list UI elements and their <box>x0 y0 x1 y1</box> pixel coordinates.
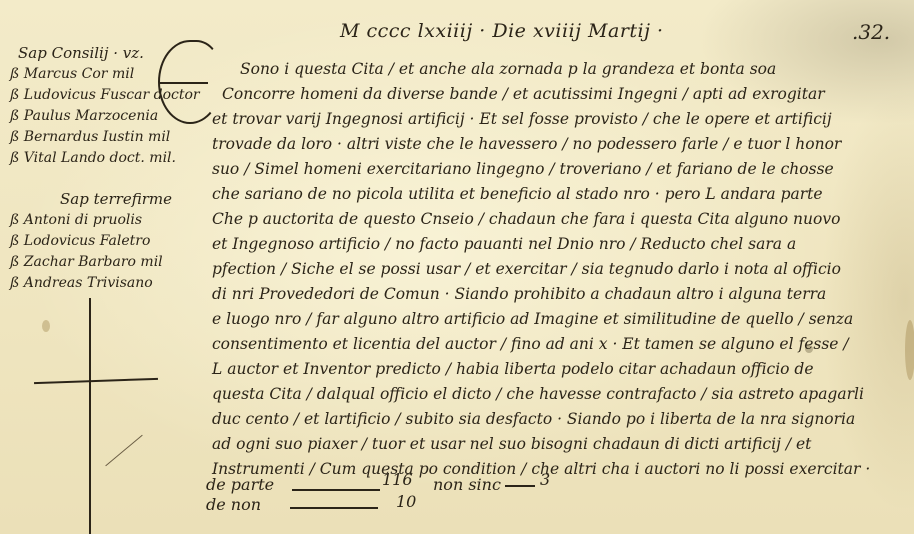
vote-label-non-sinceri: non sinc <box>433 475 501 494</box>
body-line: trovade da loro · altri viste che le hav… <box>212 135 841 153</box>
page-heading-date: M cccc lxxiiij · Die xviiij Martij · <box>340 20 664 42</box>
vote-count-de-parte: 116 <box>382 470 413 489</box>
margin-name: ß Zachar Barbaro mil <box>10 254 163 270</box>
body-line: questa Cita / dalqual officio el dicto /… <box>212 385 864 403</box>
body-line: che sariano de no picola utilita et bene… <box>212 185 823 203</box>
body-line: Sono i questa Cita / et anche ala zornad… <box>240 60 776 78</box>
vote-label-de-non: de non <box>206 495 261 514</box>
body-line: et Ingegnoso artificio / no facto pauant… <box>212 235 796 253</box>
margin-name: ß Antoni di pruolis <box>10 212 142 228</box>
body-line: pfection / Siche el se possi usar / et e… <box>212 260 841 278</box>
body-line: ad ogni suo piaxer / tuor et usar nel su… <box>212 435 811 453</box>
margin-name: ß Marcus Cor mil <box>10 66 134 82</box>
vote-leader-line <box>505 485 535 487</box>
body-line: consentimento et licentia del auctor / f… <box>212 335 849 353</box>
vote-label-de-parte: de parte <box>206 475 274 494</box>
margin-name: ß Andreas Trivisano <box>10 275 153 291</box>
body-line: Concorre homeni da diverse bande / et ac… <box>222 85 825 103</box>
body-line: di nri Provededori de Comun · Siando pro… <box>212 285 826 303</box>
margin-name: ß Paulus Marzocenia <box>10 108 158 124</box>
margin-name: ß Vital Lando doct. mil. <box>10 150 176 166</box>
margin-cross-vertical <box>89 298 91 534</box>
decorated-initial-bar <box>160 82 208 84</box>
body-line: L auctor et Inventor predicto / habia li… <box>212 360 814 378</box>
margin-title-consilij: Sap Consilij · vz. <box>18 44 144 62</box>
body-line: e luogo nro / far alguno altro artificio… <box>212 310 853 328</box>
vote-count-de-non: 10 <box>396 492 416 511</box>
margin-name: ß Bernardus Iustin mil <box>10 129 170 145</box>
ink-stain <box>42 320 50 332</box>
margin-title-terrefirme: Sap terrefirme <box>60 190 172 208</box>
body-line: suo / Simel homeni exercitariano lingegn… <box>212 160 834 178</box>
vote-count-non-sinceri: 3 <box>540 470 550 489</box>
vote-leader-line <box>292 489 380 491</box>
margin-name: ß Lodovicus Faletro <box>10 233 150 249</box>
folio-number: .32. <box>852 20 890 44</box>
vote-leader-line <box>290 507 378 509</box>
body-line: Che p auctorita de questo Cnseio / chada… <box>212 210 840 228</box>
paper-stain <box>905 320 914 380</box>
body-line: et trovar varij Ingegnosi artificij · Et… <box>212 110 832 128</box>
body-line: duc cento / et lartificio / subito sia d… <box>212 410 855 428</box>
